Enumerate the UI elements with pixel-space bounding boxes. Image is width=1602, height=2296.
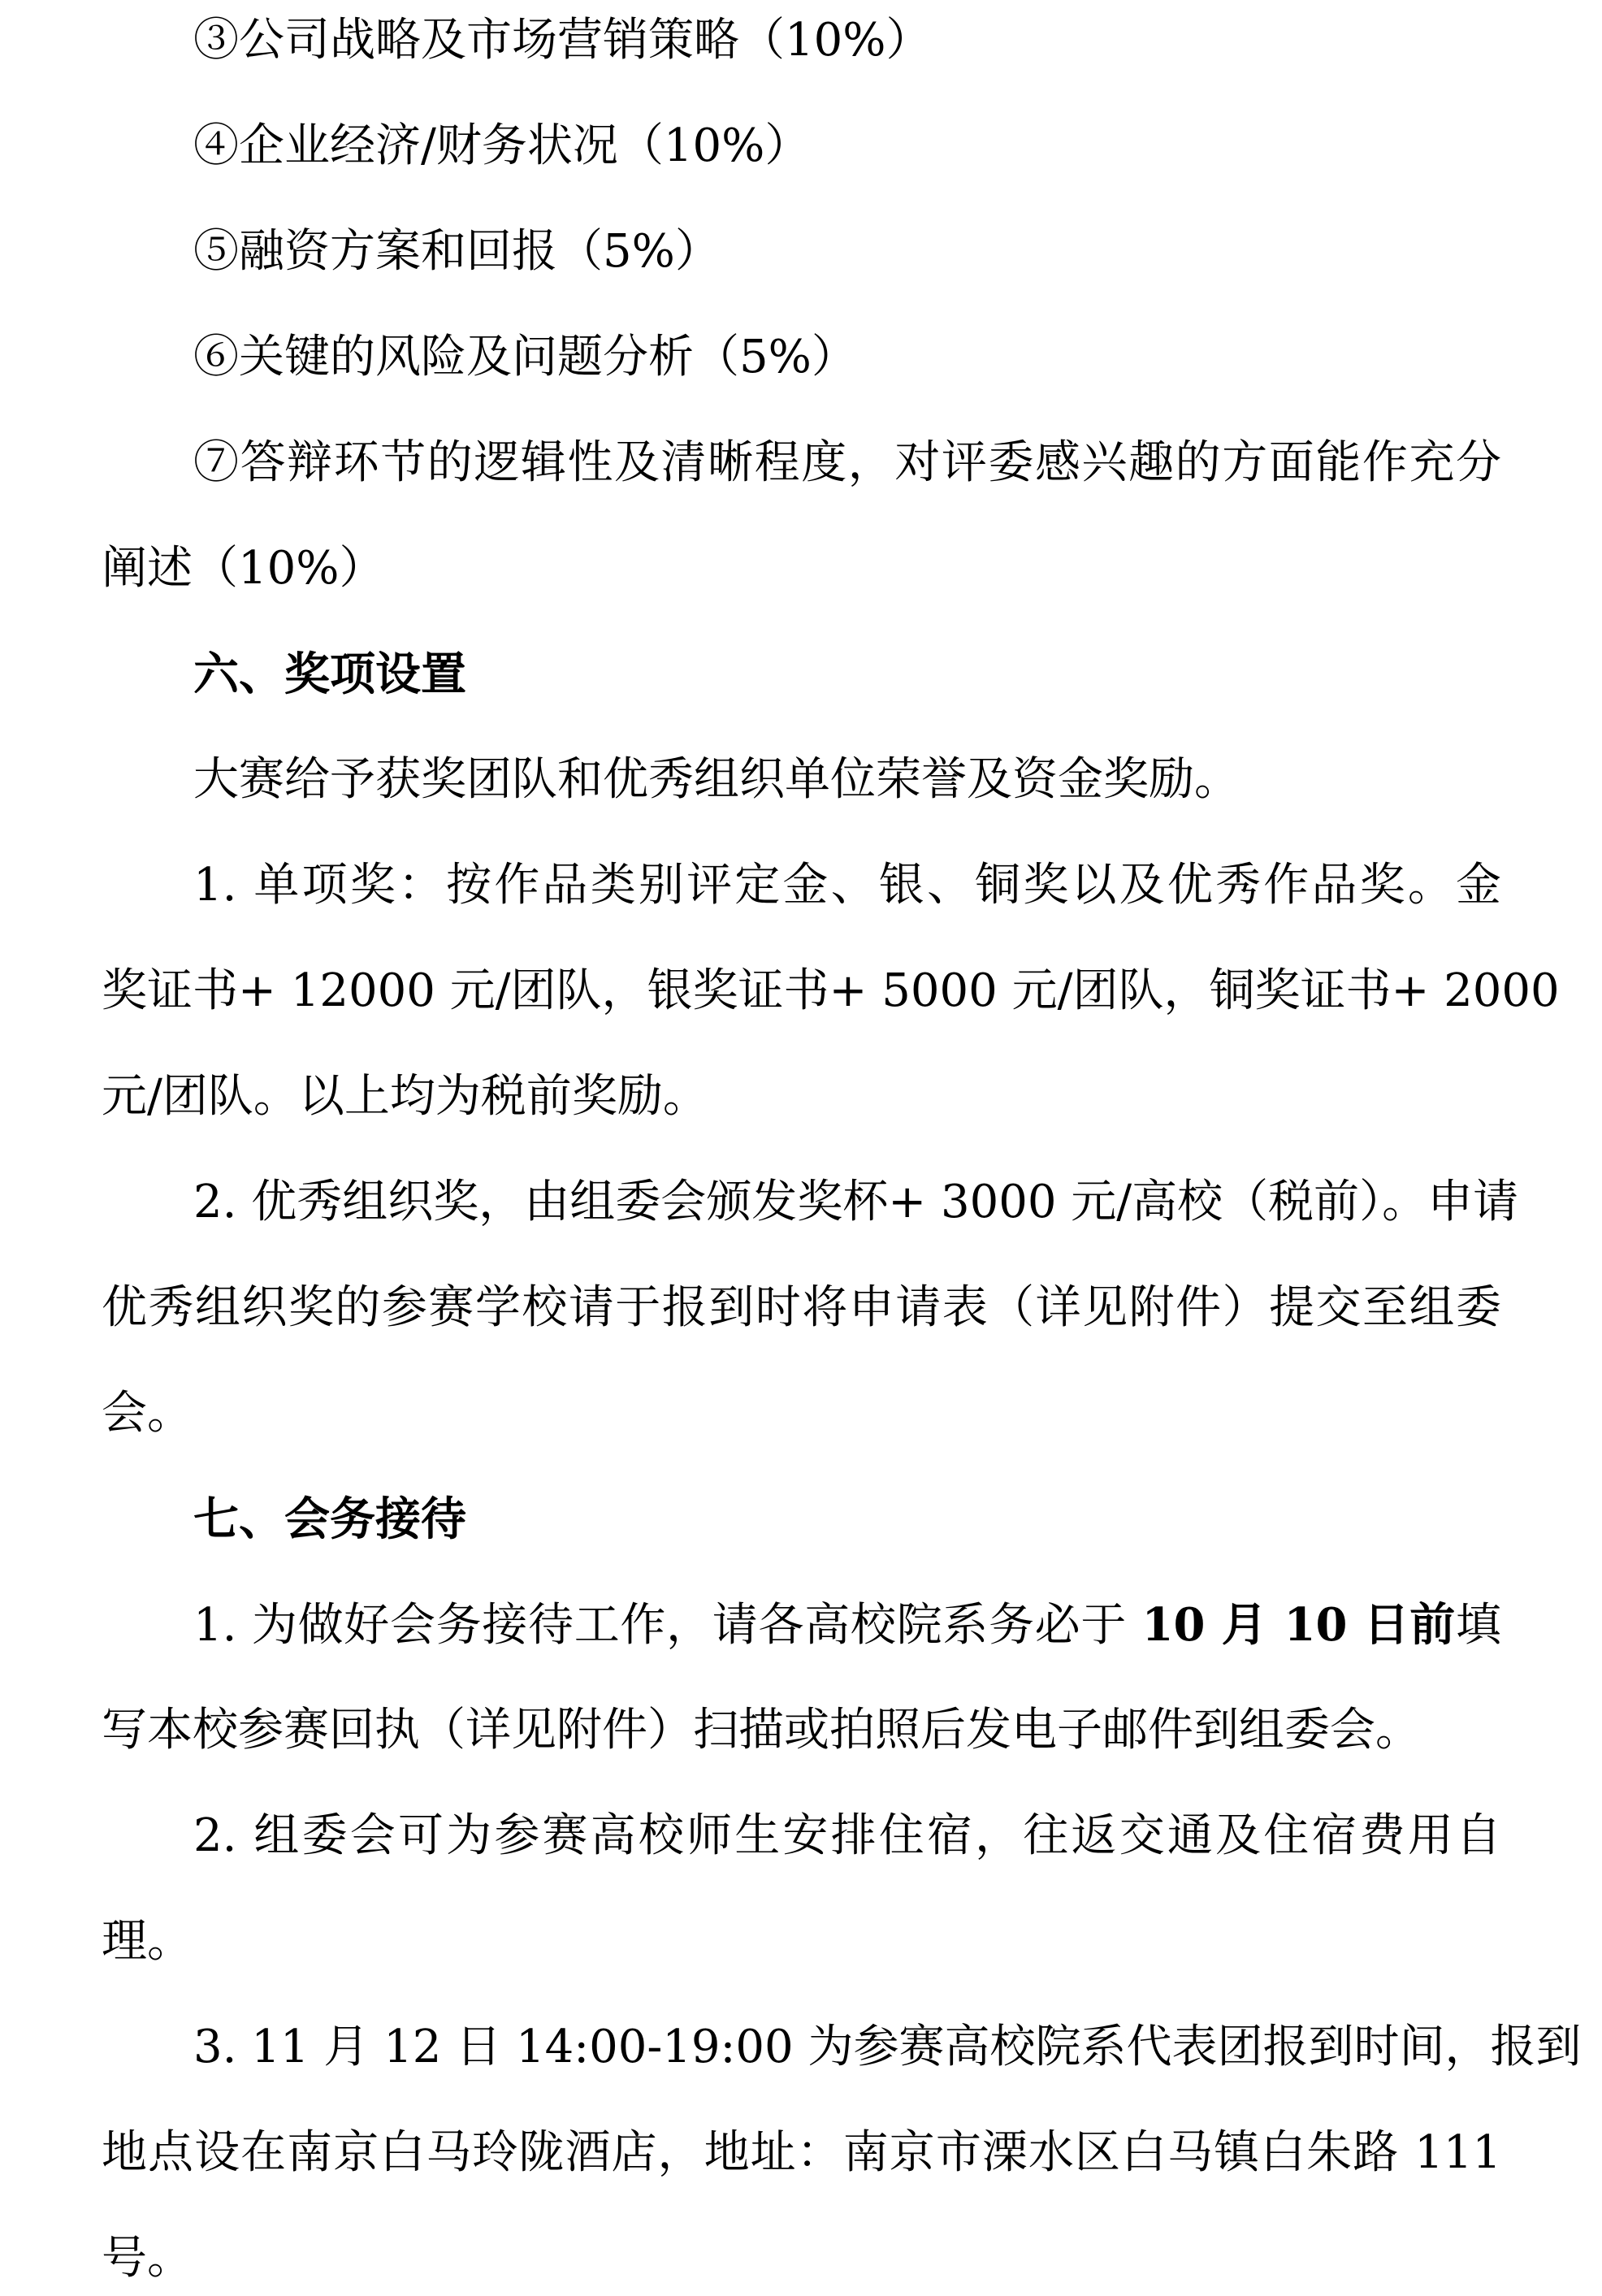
award-item-2-line2: 优秀组织奖的参赛学校请于报到时将申请表（详见附件）提交至组委 xyxy=(102,1279,1501,1337)
awards-intro: 大赛给予获奖团队和优秀组织单位荣誉及资金奖励。 xyxy=(193,751,1501,809)
award-item-1-line1: 1. 单项奖：按作品类别评定金、银、铜奖以及优秀作品奖。金 xyxy=(193,856,1501,915)
document-page: ③公司战略及市场营销策略（10%） ④企业经济/财务状况（10%） ⑤融资方案和… xyxy=(0,0,1602,2296)
scoring-item-5: ⑤融资方案和回报（5%） xyxy=(193,223,1501,281)
section-heading-awards: 六、奖项设置 xyxy=(193,645,1501,704)
deadline-date: 10 月 10 日前 xyxy=(1142,1598,1456,1652)
circled-number-5: ⑤ xyxy=(193,225,239,278)
scoring-item-text: 企业经济/财务状况（10%） xyxy=(239,119,810,172)
reception-item-3-line1: 3. 11 月 12 日 14:00-19:00 为参赛高校院系代表团报到时间，… xyxy=(193,2018,1501,2077)
reception-item-2-line2: 理。 xyxy=(102,1913,1501,1971)
award-item-1-line3: 元/团队。以上均为税前奖励。 xyxy=(102,1068,1501,1126)
section-heading-reception: 七、会务接待 xyxy=(193,1490,1501,1549)
reception-item-1-line1: 1. 为做好会务接待工作，请各高校院系务必于 10 月 10 日前填 xyxy=(193,1596,1501,1654)
reception-item-1-text: 1. 为做好会务接待工作，请各高校院系务必于 xyxy=(193,1599,1142,1652)
reception-item-3-line3: 号。 xyxy=(102,2229,1501,2288)
scoring-item-7-line1: ⑦答辩环节的逻辑性及清晰程度，对评委感兴趣的方面能作充分 xyxy=(193,434,1501,492)
scoring-item-text: 关键的风险及问题分析（5%） xyxy=(239,331,857,383)
reception-item-1-line2: 写本校参赛回执（详见附件）扫描或拍照后发电子邮件到组委会。 xyxy=(102,1701,1501,1760)
scoring-item-7-line2: 阐述（10%） xyxy=(102,539,1501,598)
scoring-item-text: 答辩环节的逻辑性及清晰程度，对评委感兴趣的方面能作充分 xyxy=(240,436,1501,489)
circled-number-6: ⑥ xyxy=(193,331,239,383)
award-item-1-line2: 奖证书+ 12000 元/团队，银奖证书+ 5000 元/团队，铜奖证书+ 20… xyxy=(102,962,1501,1020)
award-item-2-line3: 会。 xyxy=(102,1384,1501,1443)
award-item-2-line1: 2. 优秀组织奖，由组委会颁发奖杯+ 3000 元/高校（税前）。申请 xyxy=(193,1173,1501,1232)
scoring-item-4: ④企业经济/财务状况（10%） xyxy=(193,117,1501,175)
circled-number-7: ⑦ xyxy=(193,436,240,489)
reception-item-3-line2: 地点设在南京白马玲陇酒店，地址：南京市溧水区白马镇白朱路 111 xyxy=(102,2124,1501,2182)
circled-number-4: ④ xyxy=(193,119,239,172)
circled-number-3: ③ xyxy=(193,14,239,67)
scoring-item-text: 阐述（10%） xyxy=(102,542,384,595)
scoring-item-text: 公司战略及市场营销策略（10%） xyxy=(239,14,931,67)
reception-item-2-line1: 2. 组委会可为参赛高校师生安排住宿，往返交通及住宿费用自 xyxy=(193,1807,1501,1865)
scoring-item-3: ③公司战略及市场营销策略（10%） xyxy=(193,11,1501,70)
scoring-item-text: 融资方案和回报（5%） xyxy=(239,225,721,278)
scoring-item-6: ⑥关键的风险及问题分析（5%） xyxy=(193,328,1501,387)
reception-item-1-text-end: 填 xyxy=(1456,1599,1501,1652)
